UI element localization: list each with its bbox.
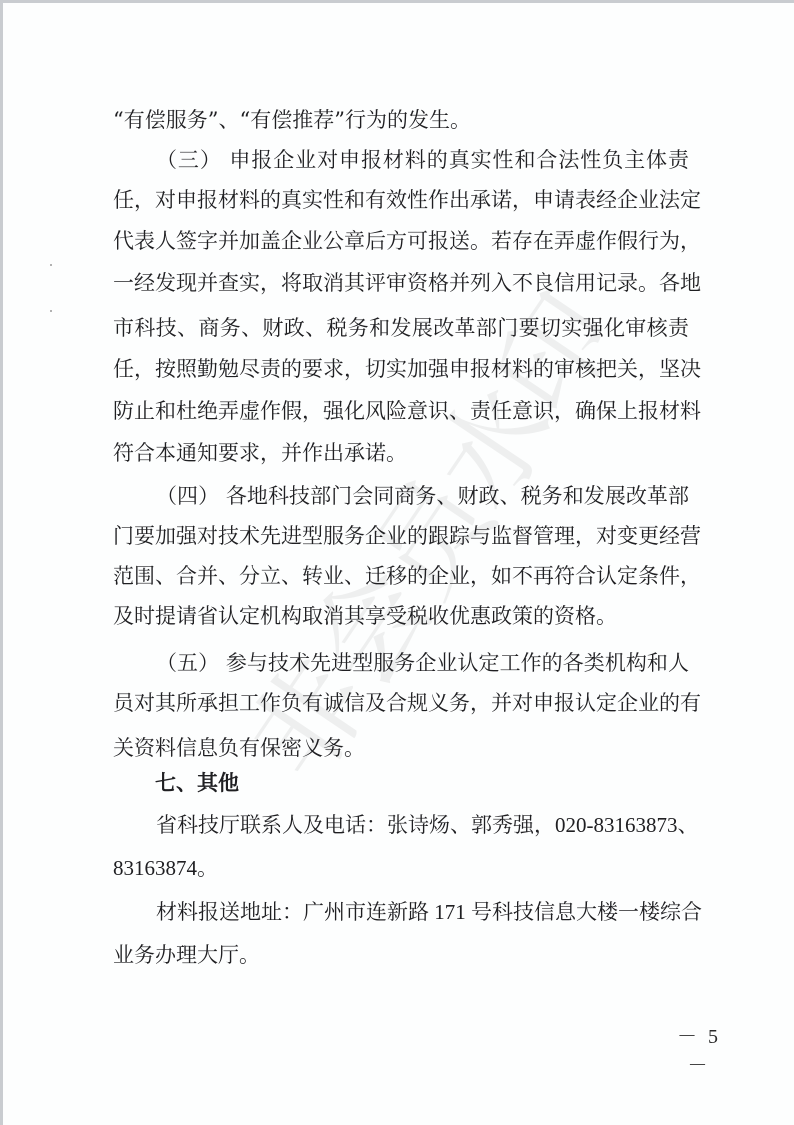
address-line: 业务办理大厅。 bbox=[113, 940, 689, 970]
scan-speck bbox=[50, 310, 52, 312]
paragraph-4-start: （四） 各地科技部门会同商务、财政、税务和发展改革部 bbox=[156, 481, 689, 511]
text-line: 防止和杜绝弄虚作假，强化风险意识、责任意识，确保上报材料 bbox=[113, 396, 689, 426]
text-line: 市科技、商务、财政、税务和发展改革部门要切实强化审核责 bbox=[113, 313, 689, 343]
text-line: 及时提请省认定机构取消其享受税收优惠政策的资格。 bbox=[113, 601, 689, 631]
text-line: 关资料信息负有保密义务。 bbox=[113, 733, 689, 763]
text-line: 任，对申报材料的真实性和有效性作出承诺，申请表经企业法定 bbox=[113, 185, 689, 215]
scan-speck bbox=[50, 264, 52, 266]
document-page: 非会员水印 “有偿服务”、“有偿推荐”行为的发生。 （三） 申报企业对申报材料的… bbox=[0, 0, 794, 1125]
contact-line: 83163874。 bbox=[113, 853, 689, 883]
contact-line: 省科技厅联系人及电话：张诗炀、郭秀强，020-83163873、 bbox=[156, 810, 689, 840]
section-heading: 七、其他 bbox=[155, 768, 355, 798]
text-line: 符合本通知要求，并作出承诺。 bbox=[113, 438, 689, 468]
paragraph-5-start: （五） 参与技术先进型服务企业认定工作的各类机构和人 bbox=[156, 648, 689, 678]
paragraph-3-start: （三） 申报企业对申报材料的真实性和合法性负主体责 bbox=[156, 145, 689, 175]
text-line: 员对其所承担工作负有诚信及合规义务，并对申报认定企业的有 bbox=[113, 688, 689, 718]
page-number: － 5 － bbox=[669, 1020, 729, 1078]
text-line: “有偿服务”、“有偿推荐”行为的发生。 bbox=[113, 105, 689, 135]
text-line: 代表人签字并加盖企业公章后方可报送。若存在弄虚作假行为， bbox=[113, 226, 689, 256]
address-line: 材料报送地址：广州市连新路 171 号科技信息大楼一楼综合 bbox=[156, 897, 689, 927]
text-line: 任，按照勤勉尽责的要求，切实加强申报材料的审核把关，坚决 bbox=[113, 354, 689, 384]
text-line: 一经发现并查实，将取消其评审资格并列入不良信用记录。各地 bbox=[113, 268, 689, 298]
text-line: 门要加强对技术先进型服务企业的跟踪与监督管理，对变更经营 bbox=[113, 521, 689, 551]
text-line: 范围、合并、分立、转业、迁移的企业，如不再符合认定条件， bbox=[113, 561, 689, 591]
